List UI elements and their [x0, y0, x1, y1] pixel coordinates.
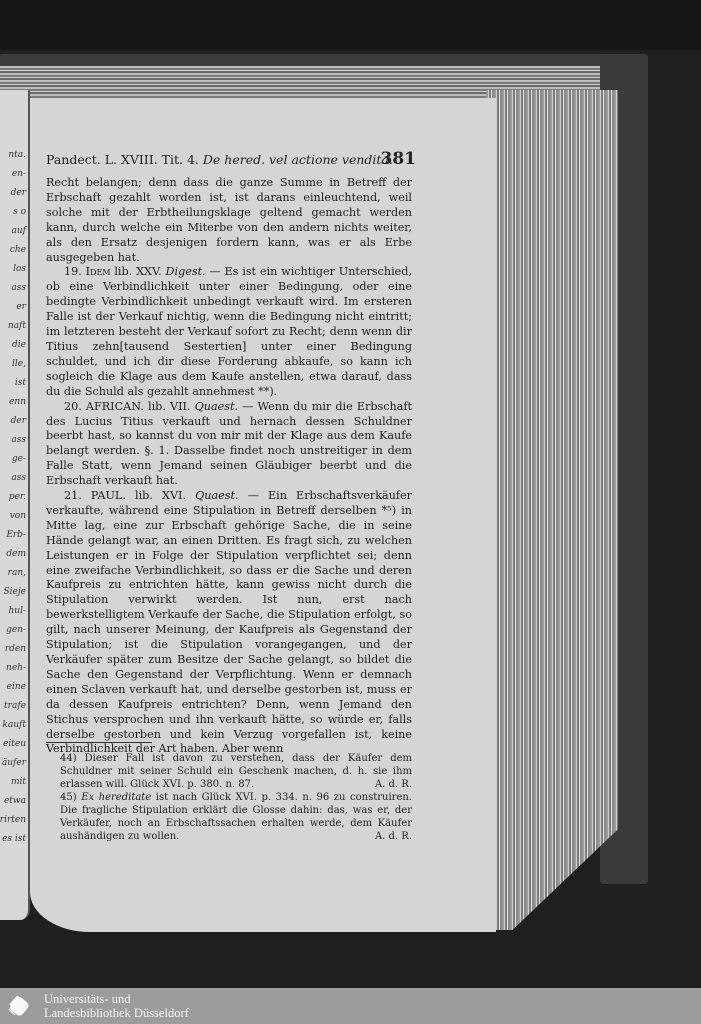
para-author: PAUL. [91, 489, 126, 502]
running-head: Pandect. L. XVIII. Tit. 4. De hered. vel… [46, 152, 416, 167]
left-page-word: rirten [0, 815, 26, 825]
footnote-signature: A. d. R. [375, 830, 412, 843]
footnote-mark: 45) [60, 792, 77, 803]
left-page-word: ass [11, 435, 26, 445]
left-page-word: Sieje [4, 587, 27, 597]
running-head-prefix: Pandect. L. XVIII. Tit. 4. [46, 152, 199, 167]
book-scan: nta.en-ders oaufchelosassernaftdielle,is… [0, 0, 701, 988]
left-page-word: kauft [2, 720, 26, 730]
paragraph-21: 21. PAUL. lib. XVI. Quaest. — Ein Erbsch… [46, 489, 412, 757]
footnote-lead: Ex hereditate [81, 792, 151, 803]
para-book: lib. XVI. [135, 489, 186, 502]
library-name: Universitäts- und Landesbibliothek Düsse… [44, 992, 189, 1020]
left-page-word: per. [9, 492, 26, 502]
para-text: — Ein Erbschaftsverkäufer verkaufte, wäh… [46, 489, 412, 755]
left-page-word: hul- [8, 606, 26, 616]
para-number: 19. [64, 265, 82, 278]
footnote-44: 44) Dieser Fall ist davon zu verstehen, … [60, 752, 412, 791]
para-book: lib. VII. [148, 400, 190, 413]
left-page-word: ist [15, 378, 26, 388]
left-page-word: eine [7, 682, 26, 692]
left-page-word: trafe [4, 701, 26, 711]
para-text: — Es ist ein wichtiger Unterschied, ob e… [46, 265, 412, 397]
left-page-word: von [10, 511, 26, 521]
para-author: Idem [86, 265, 111, 278]
paragraph-19: 19. Idem lib. XXV. Digest. — Es ist ein … [46, 265, 412, 399]
left-page-word: äufer [2, 758, 26, 768]
footnote-text: Dieser Fall ist davon zu verstehen, dass… [60, 753, 412, 790]
left-page-word: gen- [6, 625, 26, 635]
footnote-45: 45) Ex hereditate ist nach Glück XVI. p.… [60, 791, 412, 843]
left-page-word: s o [13, 207, 26, 217]
page-number: 381 [381, 149, 417, 169]
library-name-line1: Universitäts- und [44, 992, 189, 1006]
left-page-word: en- [12, 169, 26, 179]
left-page-word: ass [11, 473, 26, 483]
para-book: lib. XXV. [114, 265, 161, 278]
left-page-word: ran, [8, 568, 26, 578]
page-stack-right-edges [486, 90, 618, 930]
left-page-word: che [10, 245, 26, 255]
left-page-word: nta. [8, 150, 26, 160]
background-top [0, 0, 701, 50]
left-page-word: er [16, 302, 26, 312]
book-logo-icon [6, 993, 32, 1019]
left-page-word: etwa [4, 796, 26, 806]
left-page-word: Erb- [6, 530, 26, 540]
left-page-word: die [12, 340, 26, 350]
left-page-word: der [11, 188, 26, 198]
para-author: AFRICAN. [86, 400, 144, 413]
left-page-word: rden [5, 644, 26, 654]
left-page-word: auf [12, 226, 27, 236]
para-work: Quaest. [195, 400, 238, 413]
left-page-word: ge- [12, 454, 26, 464]
left-page-word: los [13, 264, 26, 274]
footnote-rule [46, 742, 152, 743]
paragraph-continuation: Recht belangen; denn dass die ganze Summ… [46, 176, 412, 265]
footnote-mark: 44) [60, 753, 77, 764]
paragraph-20: 20. AFRICAN. lib. VII. Quaest. — Wenn du… [46, 400, 412, 489]
para-number: 20. [64, 400, 82, 413]
left-page-word: enn [9, 397, 26, 407]
left-page-word: der [11, 416, 26, 426]
left-page-word: ass [11, 283, 26, 293]
running-head-title: De hered. vel actione vendita. [203, 152, 393, 167]
body-text: Recht belangen; denn dass die ganze Summ… [46, 176, 412, 757]
footnotes: 44) Dieser Fall ist davon zu verstehen, … [60, 752, 412, 843]
para-work: Digest. [166, 265, 206, 278]
left-page-word: eiteu [3, 739, 26, 749]
left-page-word: dem [6, 549, 26, 559]
left-page-word: lle, [12, 359, 26, 369]
para-work: Quaest. [195, 489, 238, 502]
library-footer: Universitäts- und Landesbibliothek Düsse… [0, 988, 701, 1024]
footnote-signature: A. d. R. [375, 778, 412, 791]
left-page-word: mit [11, 777, 26, 787]
para-number: 21. [64, 489, 82, 502]
left-page-word: neh- [6, 663, 26, 673]
left-page-word: es ist [2, 834, 26, 844]
library-name-line2: Landesbibliothek Düsseldorf [44, 1006, 189, 1020]
left-page-word: naft [8, 321, 26, 331]
left-page-fragment: nta.en-ders oaufchelosassernaftdielle,is… [0, 90, 30, 920]
